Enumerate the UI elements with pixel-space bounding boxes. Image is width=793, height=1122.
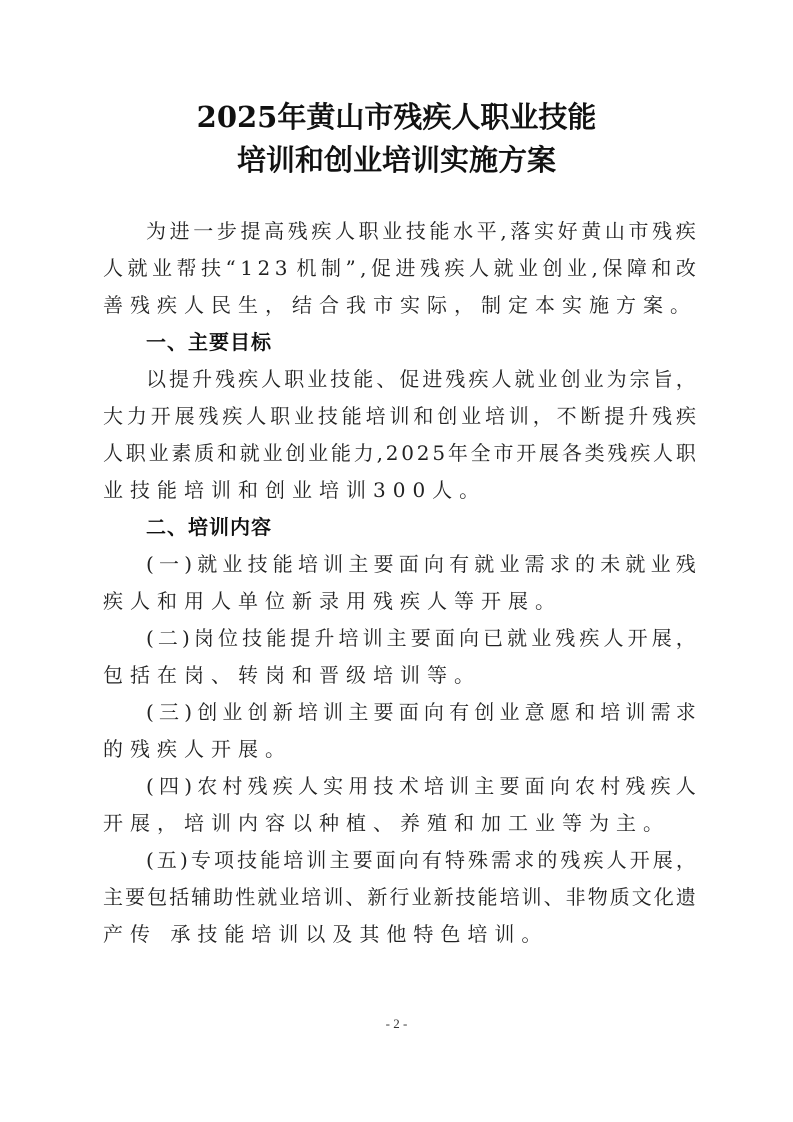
body-line: (三)创业创新培训主要面向有创业意愿和培训需求 [146,694,696,731]
body-line: 大力开展残疾人职业技能培训和创业培训，不断提升残疾 [103,398,696,435]
body-line: (四)农村残疾人实用技术培训主要面向农村残疾人 [146,768,696,805]
section-heading: 二、培训内容 [146,509,272,546]
body-line: 的残疾人开展。 [103,731,696,768]
intro-line: 善残疾人民生，结合我市实际，制定本实施方案。 [103,287,696,324]
body-line: 主要包括辅助性就业培训、新行业新技能培训、非物质文化遗 [103,879,696,916]
intro-line: 为进一步提高残疾人职业技能水平,落实好黄山市残疾 [146,213,696,250]
document-page: 2025年黄山市残疾人职业技能 培训和创业培训实施方案 为进一步提高残疾人职业技… [0,0,793,1122]
body-line: (五)专项技能培训主要面向有特殊需求的残疾人开展， [146,842,696,879]
document-title-line1: 2025年黄山市残疾人职业技能 [0,97,793,137]
body-line: 以提升残疾人职业技能、促进残疾人就业创业为宗旨， [146,361,696,398]
body-line: 包括在岗、转岗和晋级培训等。 [103,657,696,694]
body-line: 人职业素质和就业创业能力,2025年全市开展各类残疾人职 [103,435,696,472]
page-number: - 2 - [0,1016,793,1032]
body-line: (一)就业技能培训主要面向有就业需求的未就业残 [146,546,696,583]
body-line: (二)岗位技能提升培训主要面向已就业残疾人开展， [146,620,696,657]
body-line: 产传 承技能培训以及其他特色培训。 [103,916,696,953]
body-line: 开展，培训内容以种植、养殖和加工业等为主。 [103,805,696,842]
body-line: 业技能培训和创业培训300人。 [103,472,696,509]
intro-line: 人就业帮扶“123 机制”,促进残疾人就业创业,保障和改 [103,250,696,287]
body-line: 疾人和用人单位新录用残疾人等开展。 [103,583,696,620]
document-title-line2: 培训和创业培训实施方案 [0,140,793,180]
section-heading: 一、主要目标 [146,324,272,361]
